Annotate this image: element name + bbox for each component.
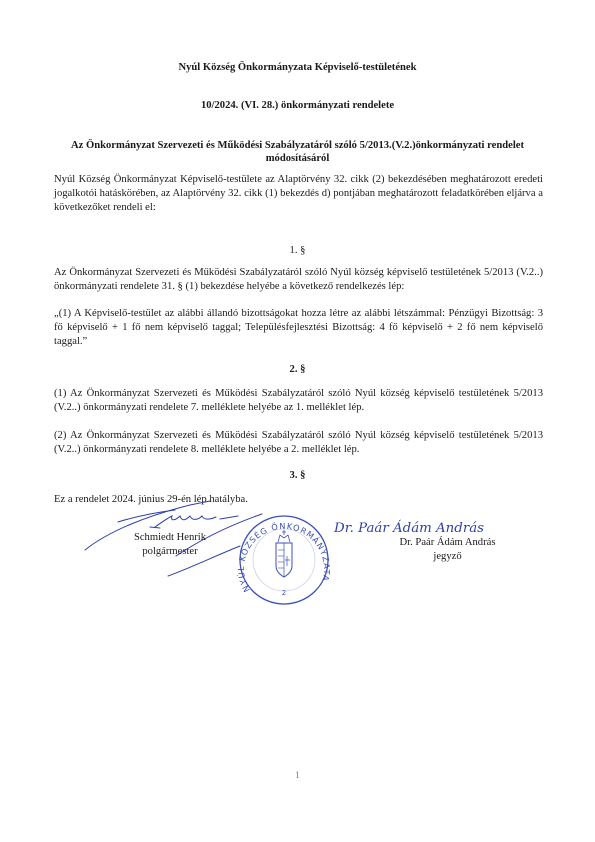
- section-heading-3: 3. §: [0, 470, 595, 481]
- stamp-number: 2: [282, 589, 286, 597]
- page-number: 1: [0, 770, 595, 780]
- council-title: Nyúl Község Önkormányzata Képviselő-test…: [0, 62, 595, 73]
- decree-subject: Az Önkormányzat Szervezeti és Működési S…: [60, 139, 535, 165]
- section-heading-1: 1. §: [0, 245, 595, 256]
- document-page: Nyúl Község Önkormányzata Képviselő-test…: [0, 0, 595, 842]
- notary-signature: Dr. Paár Ádám András: [333, 520, 484, 536]
- section-2-paragraph-2: (2) Az Önkormányzat Szervezeti és Működé…: [54, 429, 543, 457]
- notary-handwritten-signature: Dr. Paár Ádám András: [333, 520, 484, 536]
- section-2-paragraph-1: (1) Az Önkormányzat Szervezeti és Működé…: [54, 387, 543, 415]
- decree-number: 10/2024. (VI. 28.) önkormányzati rendele…: [0, 100, 595, 111]
- mayor-role: polgármester: [100, 545, 240, 559]
- mayor-name: Schmiedt Henrik: [100, 531, 240, 545]
- notary-signature-block: Dr. Paár Ádám András jegyző: [380, 536, 515, 564]
- notary-name: Dr. Paár Ádám András: [380, 536, 515, 550]
- section-1-paragraph: Az Önkormányzat Szervezeti és Működési S…: [54, 266, 543, 294]
- notary-role: jegyző: [380, 550, 515, 564]
- stamp-text: NYÚL KÖZSÉG ÖNKORMÁNYZATA: [235, 521, 332, 594]
- section-heading-2: 2. §: [0, 364, 595, 375]
- municipal-stamp: NYÚL KÖZSÉG ÖNKORMÁNYZATA 2: [235, 516, 332, 604]
- signature-and-stamp-ink: NYÚL KÖZSÉG ÖNKORMÁNYZATA 2 Dr. Paár Ádá…: [0, 0, 595, 842]
- svg-text:NYÚL KÖZSÉG ÖNKORMÁNYZATA: NYÚL KÖZSÉG ÖNKORMÁNYZATA: [235, 521, 332, 594]
- mayor-signature-block: Schmiedt Henrik polgármester: [100, 531, 240, 559]
- intro-paragraph: Nyúl Község Önkormányzat Képviselő-testü…: [54, 173, 543, 216]
- section-3-paragraph: Ez a rendelet 2024. június 29-én lép hat…: [54, 493, 354, 507]
- section-1-quoted-provision: „(1) A Képviselő-testület az alábbi álla…: [54, 307, 543, 350]
